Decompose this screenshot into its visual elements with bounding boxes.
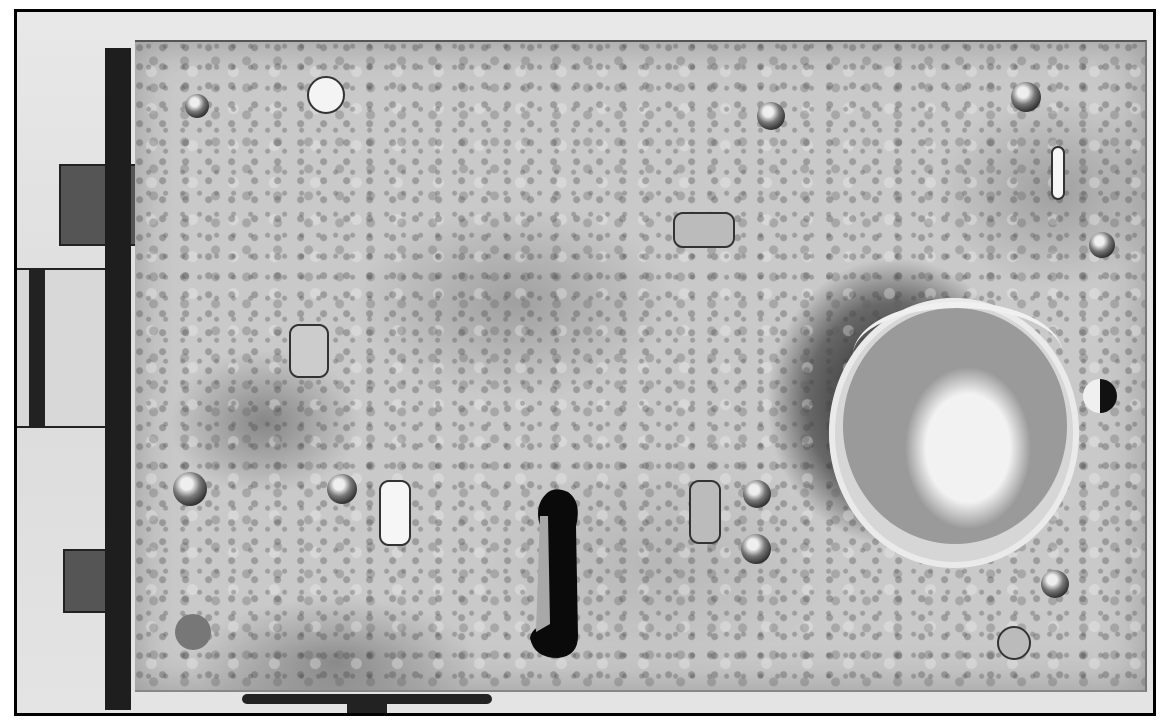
screw: [1041, 570, 1069, 598]
slot: [379, 480, 411, 546]
screw: [1089, 232, 1115, 258]
screw: [741, 534, 771, 564]
key-stem: [347, 702, 387, 716]
screw: [173, 472, 207, 506]
screw-hole: [997, 626, 1031, 660]
photo-frame: [14, 9, 1156, 716]
knob-highlight: [853, 302, 1063, 408]
keyhole: [524, 486, 584, 660]
screw: [757, 102, 785, 130]
screw: [743, 480, 771, 508]
slot: [289, 324, 329, 378]
screw-hole: [307, 76, 345, 114]
screw: [175, 614, 211, 650]
lock-faceplate: [105, 48, 131, 710]
screw: [327, 474, 357, 504]
screw: [1011, 82, 1041, 112]
slot: [1051, 146, 1065, 200]
screw: [185, 94, 209, 118]
slot: [673, 212, 735, 248]
latch-bolt: [17, 268, 117, 428]
slot: [689, 480, 721, 544]
knob-pin: [1083, 379, 1117, 413]
